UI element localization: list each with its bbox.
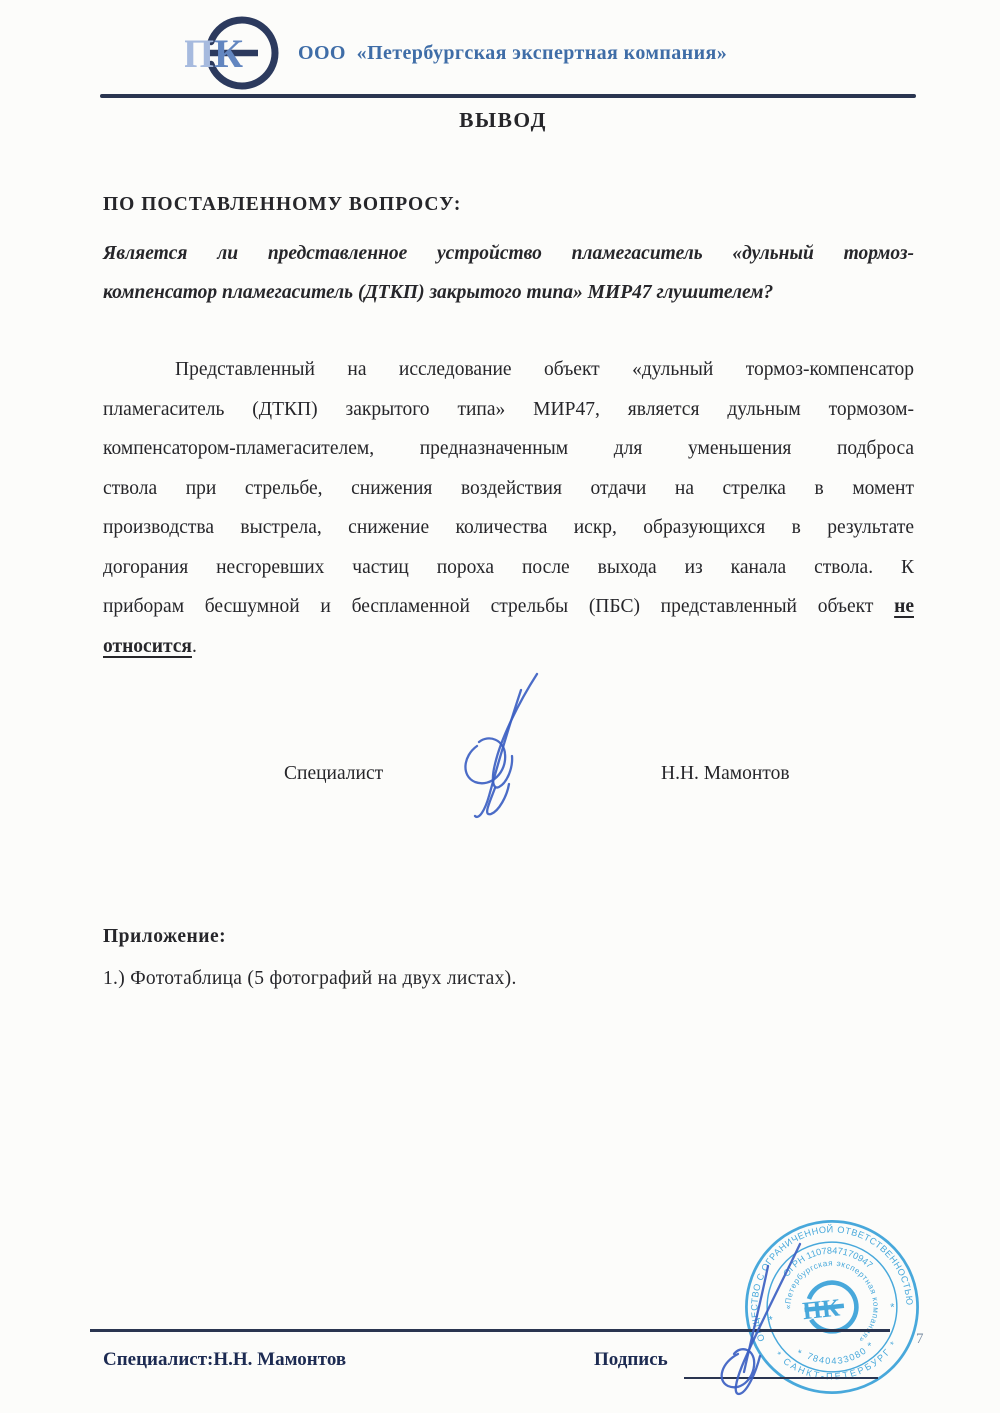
paragraph-text: приборам бесшумной и беспламенной стрель… <box>103 596 894 617</box>
conclusion-paragraph: Представленный на исследование объект «д… <box>103 350 914 666</box>
stamp-star: * <box>890 1302 896 1314</box>
attachment-heading: Приложение: <box>103 926 226 948</box>
paragraph-line: приборам бесшумной и беспламенной стрель… <box>103 587 914 627</box>
paragraph-line: компенсатором-пламегасителем, предназнач… <box>103 429 914 469</box>
paragraph-line: Представленный на исследование объект «д… <box>103 350 914 390</box>
question-line: Является ли представленное устройство пл… <box>103 234 914 273</box>
paragraph-line: относится. <box>103 627 914 667</box>
company-logo-icon: ПК <box>185 12 285 98</box>
specialist-name: Н.Н. Мамонтов <box>661 763 790 785</box>
paragraph-line: пламегаситель (ДТКП) закрытого типа» МИР… <box>103 390 914 430</box>
document-title: ВЫВОД <box>90 108 916 133</box>
emphasized-text: не <box>894 596 914 617</box>
header-divider <box>100 94 916 98</box>
specialist-label: Специалист <box>284 763 383 785</box>
paragraph-text: . <box>192 636 197 657</box>
handwritten-signature <box>448 668 570 823</box>
question-text: Является ли представленное устройство пл… <box>103 234 914 312</box>
footer-specialist: Специалист:Н.Н. Мамонтов <box>103 1349 346 1371</box>
paragraph-line: ствола при стрельбе, снижения воздействи… <box>103 469 914 509</box>
signature-field-label: Подпись <box>594 1349 668 1371</box>
document-page: ПК ООО «Петербургская экспертная компани… <box>0 0 1000 1413</box>
emphasized-text: относится <box>103 636 192 657</box>
company-name: ООО «Петербургская экспертная компания» <box>298 42 727 65</box>
page-number: 7 <box>916 1331 924 1348</box>
paragraph-line: производства выстрела, снижение количест… <box>103 508 914 548</box>
handwritten-signature-over-stamp <box>708 1236 838 1398</box>
logo-letter-k: К <box>214 31 243 76</box>
paragraph-line: догорания несгоревших частиц пороха посл… <box>103 548 914 588</box>
attachment-item: 1.) Фототаблица (5 фотографий на двух ли… <box>103 968 517 990</box>
svg-text:ПК: ПК <box>185 31 243 76</box>
stamp-star: * <box>867 1341 872 1352</box>
question-line: компенсатор пламегаситель (ДТКП) закрыто… <box>103 273 914 312</box>
logo-letter-p: П <box>185 31 214 76</box>
question-heading: ПО ПОСТАВЛЕННОМУ ВОПРОСУ: <box>103 194 461 216</box>
